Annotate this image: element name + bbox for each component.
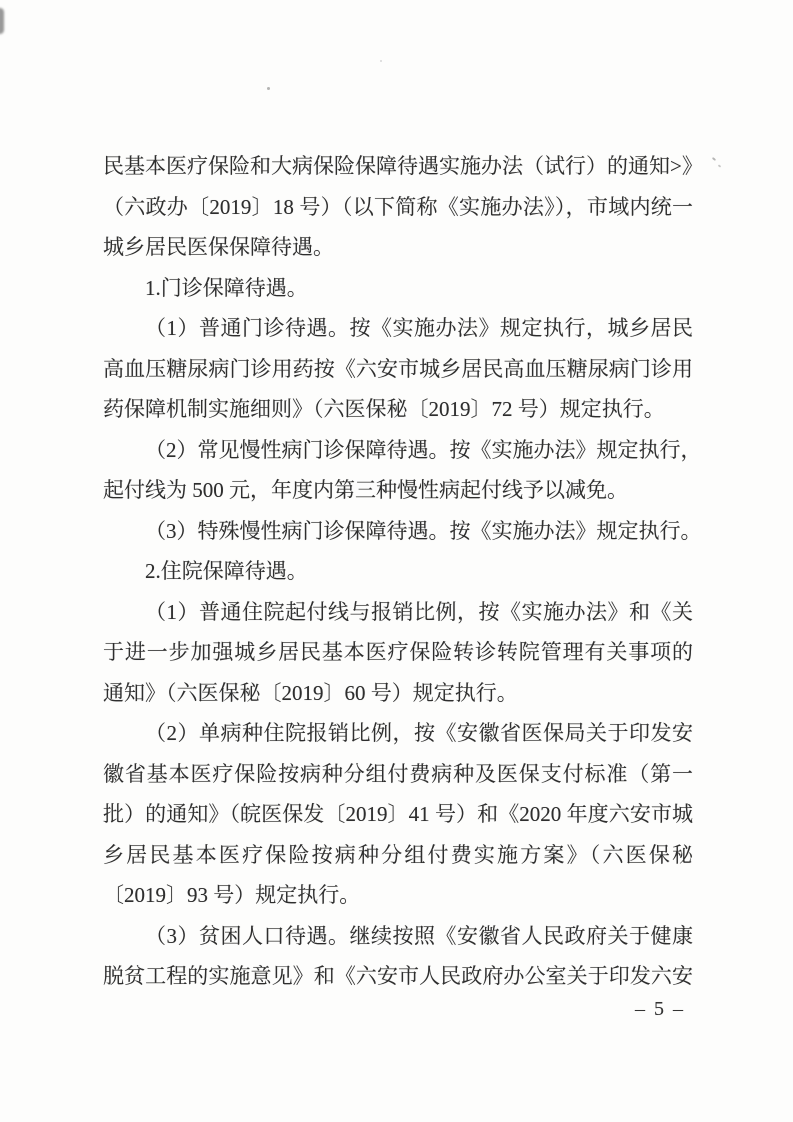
document-line: 批）的通知》（皖医保发〔2019〕41 号）和《2020 年度六安市城 [103, 794, 693, 835]
document-line: 药保障机制实施细则》（六医保秘〔2019〕72 号）规定执行。 [103, 389, 693, 430]
document-line: （2）单病种住院报销比例，按《安徽省医保局关于印发安 [103, 713, 693, 754]
document-line: 徽省基本医疗保险按病种分组付费病种及医保支付标准（第一 [103, 754, 693, 795]
document-line: 城乡居民医保保障待遇。 [103, 227, 693, 268]
document-line: （3）贫困人口待遇。继续按照《安徽省人民政府关于健康 [103, 916, 693, 957]
document-page: 民基本医疗保险和大病保险保障待遇实施办法（试行）的通知>》（六政办〔2019〕1… [0, 0, 793, 1122]
document-line: 乡居民基本医疗保险按病种分组付费实施方案》（六医保秘 [103, 835, 693, 876]
document-line: （六政办〔2019〕18 号）（以下简称《实施办法》），市域内统一 [103, 187, 693, 228]
document-line: （1）普通住院起付线与报销比例，按《实施办法》和《关 [103, 592, 693, 633]
document-body-text: 民基本医疗保险和大病保险保障待遇实施办法（试行）的通知>》（六政办〔2019〕1… [103, 146, 693, 997]
document-line: （1）普通门诊待遇。按《实施办法》规定执行，城乡居民 [103, 308, 693, 349]
document-line: 1.门诊保障待遇。 [103, 268, 693, 309]
page-number: – 5 – [620, 998, 700, 1021]
document-line: 通知》（六医保秘〔2019〕60 号）规定执行。 [103, 673, 693, 714]
document-line: （3）特殊慢性病门诊保障待遇。按《实施办法》规定执行。 [103, 511, 693, 552]
scan-edge-smudge [0, 8, 4, 34]
document-line: 高血压糖尿病门诊用药按《六安市城乡居民高血压糖尿病门诊用 [103, 349, 693, 390]
scan-speck [718, 164, 722, 167]
document-line: 2.住院保障待遇。 [103, 551, 693, 592]
document-line: 民基本医疗保险和大病保险保障待遇实施办法（试行）的通知>》 [103, 146, 693, 187]
scan-speck [267, 87, 270, 90]
scan-speck [712, 157, 716, 161]
document-line: 〔2019〕93 号）规定执行。 [103, 875, 693, 916]
document-line: 起付线为 500 元，年度内第三种慢性病起付线予以减免。 [103, 470, 693, 511]
document-line: （2）常见慢性病门诊保障待遇。按《实施办法》规定执行， [103, 430, 693, 471]
scan-speck [380, 60, 382, 62]
document-line: 于进一步加强城乡居民基本医疗保险转诊转院管理有关事项的 [103, 632, 693, 673]
document-line: 脱贫工程的实施意见》和《六安市人民政府办公室关于印发六安 [103, 956, 693, 997]
